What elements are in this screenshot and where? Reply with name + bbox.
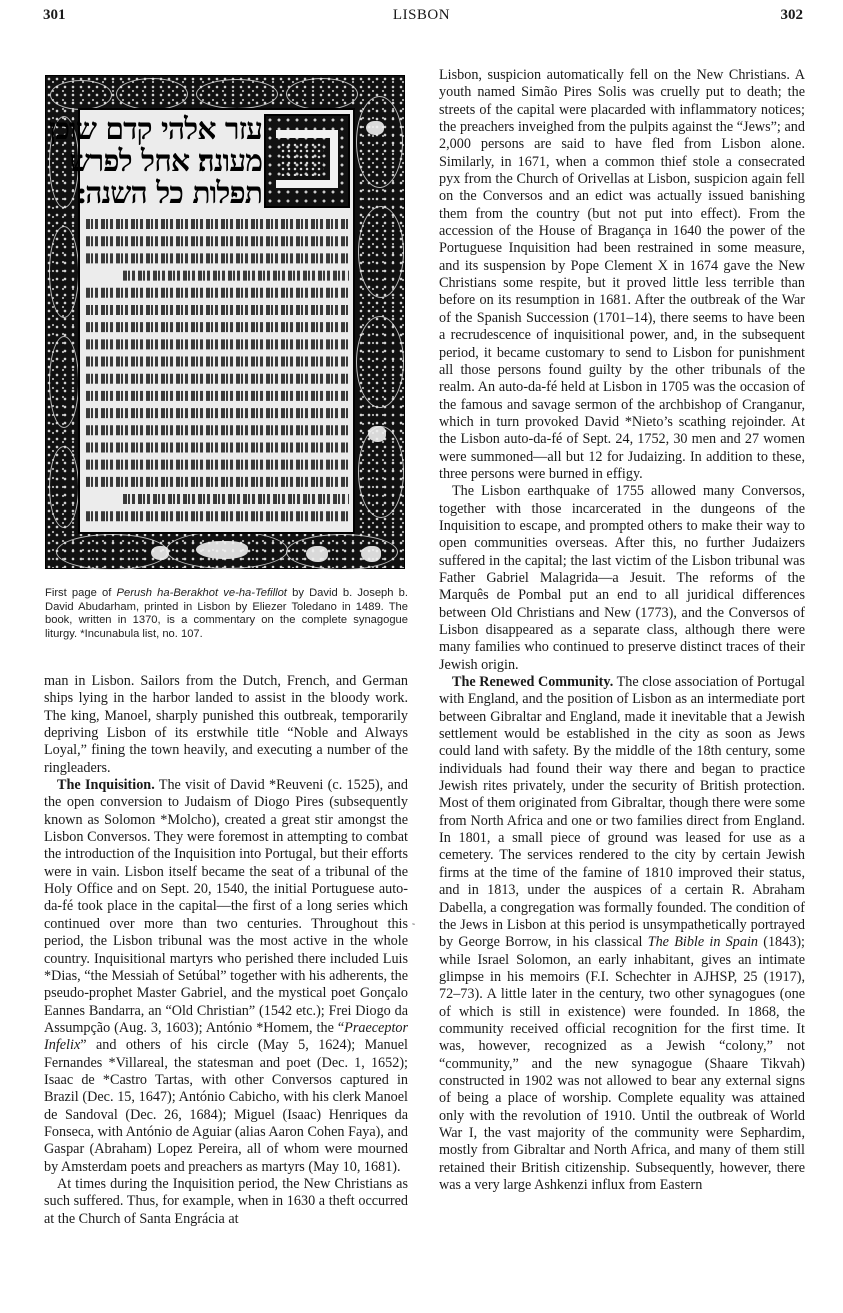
left-column: man in Lisbon. Sailors from the Dutch, F… (44, 673, 408, 1228)
hebrew-title: עזר אלהי קדם שוכן מעונה׃ אחל לפרש תפלות … (86, 114, 262, 210)
hebrew-body-text (86, 216, 349, 530)
animal-motif-icon (361, 546, 381, 562)
right-column: Lisbon, suspicion automatically fell on … (439, 67, 805, 1194)
running-title: LISBON (0, 7, 843, 24)
section-heading-inquisition: The Inquisition. (57, 777, 155, 793)
paragraph: The Renewed Community. The close associa… (439, 674, 805, 1194)
running-head: 301 LISBON 302 (0, 7, 843, 31)
book-title-bible-in-spain: The Bible in Spain (648, 934, 758, 950)
caption-book-title: Perush ha-Berakhot ve-ha-Tefillot (117, 587, 287, 599)
paragraph: The Inquisition. The visit of David *Reu… (44, 777, 408, 1176)
paragraph: man in Lisbon. Sailors from the Dutch, F… (44, 673, 408, 777)
paragraph: At times during the Inquisition period, … (44, 1176, 408, 1228)
animal-motif-icon (196, 541, 248, 559)
paragraph: Lisbon, suspicion automatically fell on … (439, 67, 805, 483)
animal-motif-icon (366, 121, 384, 135)
figure-caption: First page of Perush ha-Berakhot ve-ha-T… (45, 587, 408, 641)
animal-motif-icon (306, 546, 328, 562)
woodcut-illustration: עזר אלהי קדם שוכן מעונה׃ אחל לפרש תפלות … (45, 75, 405, 569)
animal-motif-icon (151, 546, 169, 560)
text-panel: עזר אלהי קדם שוכן מעונה׃ אחל לפרש תפלות … (78, 108, 355, 534)
decorated-initial (264, 114, 350, 208)
animal-motif-icon (368, 426, 386, 442)
printer-mark: ˜ (412, 922, 415, 932)
paragraph: The Lisbon earthquake of 1755 allowed ma… (439, 483, 805, 674)
page-number-right: 302 (781, 7, 804, 24)
section-heading-renewed-community: The Renewed Community. (452, 674, 613, 690)
